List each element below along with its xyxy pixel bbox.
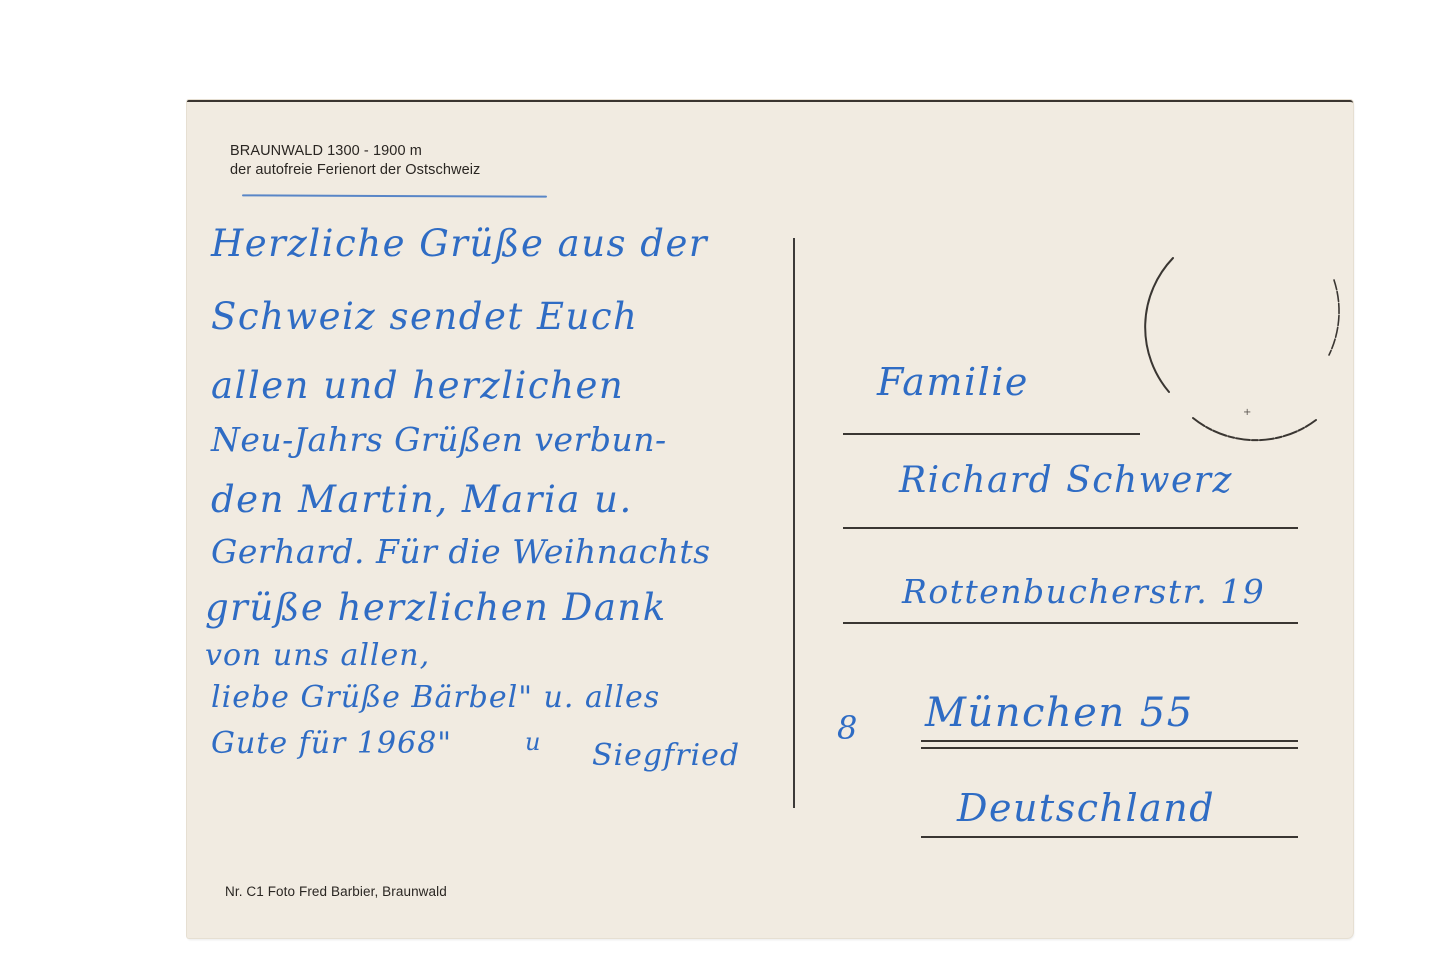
- message-line: Schweiz sendet Euch: [211, 295, 638, 338]
- photo-credit: Nr. C1 Foto Fred Barbier, Braunwald: [225, 884, 447, 899]
- message-line: Herzliche Grüße aus der: [211, 222, 708, 265]
- printed-title: BRAUNWALD 1300 - 1900 m: [230, 142, 480, 161]
- postal-code: 8: [837, 709, 859, 747]
- closing-conjunction: u: [525, 728, 541, 756]
- address-line-1: Familie: [877, 360, 1029, 404]
- message-line: von uns allen,: [205, 638, 430, 673]
- address-line-3: Rottenbucherstr. 19: [902, 572, 1265, 611]
- address-rule-2: [843, 527, 1298, 529]
- postcard: BRAUNWALD 1300 - 1900 m der autofreie Fe…: [187, 100, 1353, 938]
- postmark-circle-icon: +: [1129, 230, 1351, 450]
- printed-header: BRAUNWALD 1300 - 1900 m der autofreie Fe…: [230, 142, 480, 180]
- message-line: Neu-Jahrs Grüßen verbun-: [211, 420, 667, 459]
- address-rule-5: [921, 836, 1298, 838]
- address-rule-3: [843, 622, 1298, 624]
- ink-underline: [242, 194, 547, 197]
- printed-subtitle: der autofreie Ferienort der Ostschweiz: [230, 161, 480, 180]
- message-line: grüße herzlichen Dank: [205, 586, 667, 629]
- message-line: den Martin, Maria u.: [211, 478, 633, 521]
- address-line-4: München 55: [925, 690, 1194, 736]
- signature: Siegfried: [592, 738, 740, 773]
- message-address-divider: [793, 238, 795, 808]
- address-rule-4b: [921, 747, 1298, 749]
- address-line-2: Richard Schwerz: [899, 460, 1233, 501]
- message-line: Gute für 1968": [211, 726, 452, 761]
- message-line: liebe Grüße Bärbel" u. alles: [211, 680, 660, 715]
- address-line-5: Deutschland: [957, 786, 1215, 830]
- message-line: Gerhard. Für die Weihnachts: [211, 532, 711, 571]
- address-rule-1: [843, 433, 1140, 435]
- svg-text:+: +: [1243, 407, 1251, 418]
- address-rule-4a: [921, 740, 1298, 742]
- message-line: allen und herzlichen: [211, 364, 624, 407]
